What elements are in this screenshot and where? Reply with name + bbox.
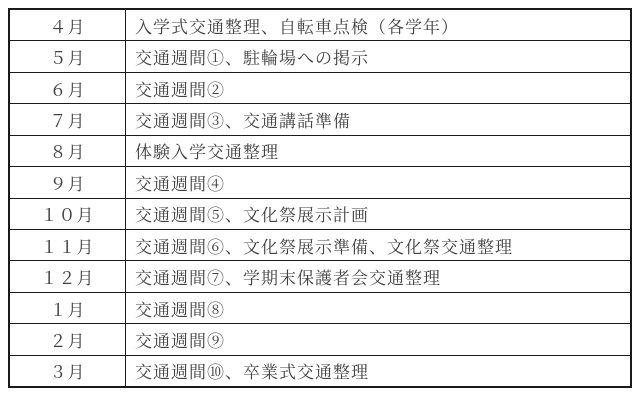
table-row: ９月 交通週間④ [10, 167, 630, 198]
table-row: ３月 交通週間⑩、卒業式交通整理 [10, 356, 630, 386]
table-row: １２月 交通週間⑦、学期末保護者会交通整理 [10, 261, 630, 292]
schedule-table: ４月 入学式交通整理、自転車点検（各学年） ５月 交通週間①、駐輪場への掲示 ６… [8, 8, 632, 388]
table-row: １月 交通週間⑧ [10, 293, 630, 324]
activity-cell: 交通週間④ [126, 167, 630, 197]
activity-cell: 交通週間⑤、文化祭展示計画 [126, 199, 630, 229]
activity-cell: 交通週間② [126, 73, 630, 103]
activity-cell: 交通週間①、駐輪場への掲示 [126, 41, 630, 71]
month-cell: １１月 [10, 230, 126, 260]
table-row: ５月 交通週間①、駐輪場への掲示 [10, 41, 630, 72]
table-row: ６月 交通週間② [10, 73, 630, 104]
month-cell: １２月 [10, 261, 126, 291]
month-cell: ７月 [10, 104, 126, 134]
activity-cell: 交通週間⑩、卒業式交通整理 [126, 356, 630, 386]
month-cell: ３月 [10, 356, 126, 386]
table-row: １１月 交通週間⑥、文化祭展示準備、文化祭交通整理 [10, 230, 630, 261]
month-cell: ２月 [10, 324, 126, 354]
table-row: ４月 入学式交通整理、自転車点検（各学年） [10, 10, 630, 41]
activity-cell: 交通週間⑥、文化祭展示準備、文化祭交通整理 [126, 230, 630, 260]
month-cell: ５月 [10, 41, 126, 71]
table-row: ８月 体験入学交通整理 [10, 136, 630, 167]
month-cell: ９月 [10, 167, 126, 197]
activity-cell: 体験入学交通整理 [126, 136, 630, 166]
activity-cell: 交通週間③、交通講話準備 [126, 104, 630, 134]
table-row: １０月 交通週間⑤、文化祭展示計画 [10, 199, 630, 230]
month-cell: ４月 [10, 10, 126, 40]
table-row: ２月 交通週間⑨ [10, 324, 630, 355]
activity-cell: 交通週間⑦、学期末保護者会交通整理 [126, 261, 630, 291]
table-row: ７月 交通週間③、交通講話準備 [10, 104, 630, 135]
activity-cell: 交通週間⑨ [126, 324, 630, 354]
month-cell: １０月 [10, 199, 126, 229]
activity-cell: 入学式交通整理、自転車点検（各学年） [126, 10, 630, 40]
month-cell: ８月 [10, 136, 126, 166]
month-cell: ６月 [10, 73, 126, 103]
month-cell: １月 [10, 293, 126, 323]
activity-cell: 交通週間⑧ [126, 293, 630, 323]
